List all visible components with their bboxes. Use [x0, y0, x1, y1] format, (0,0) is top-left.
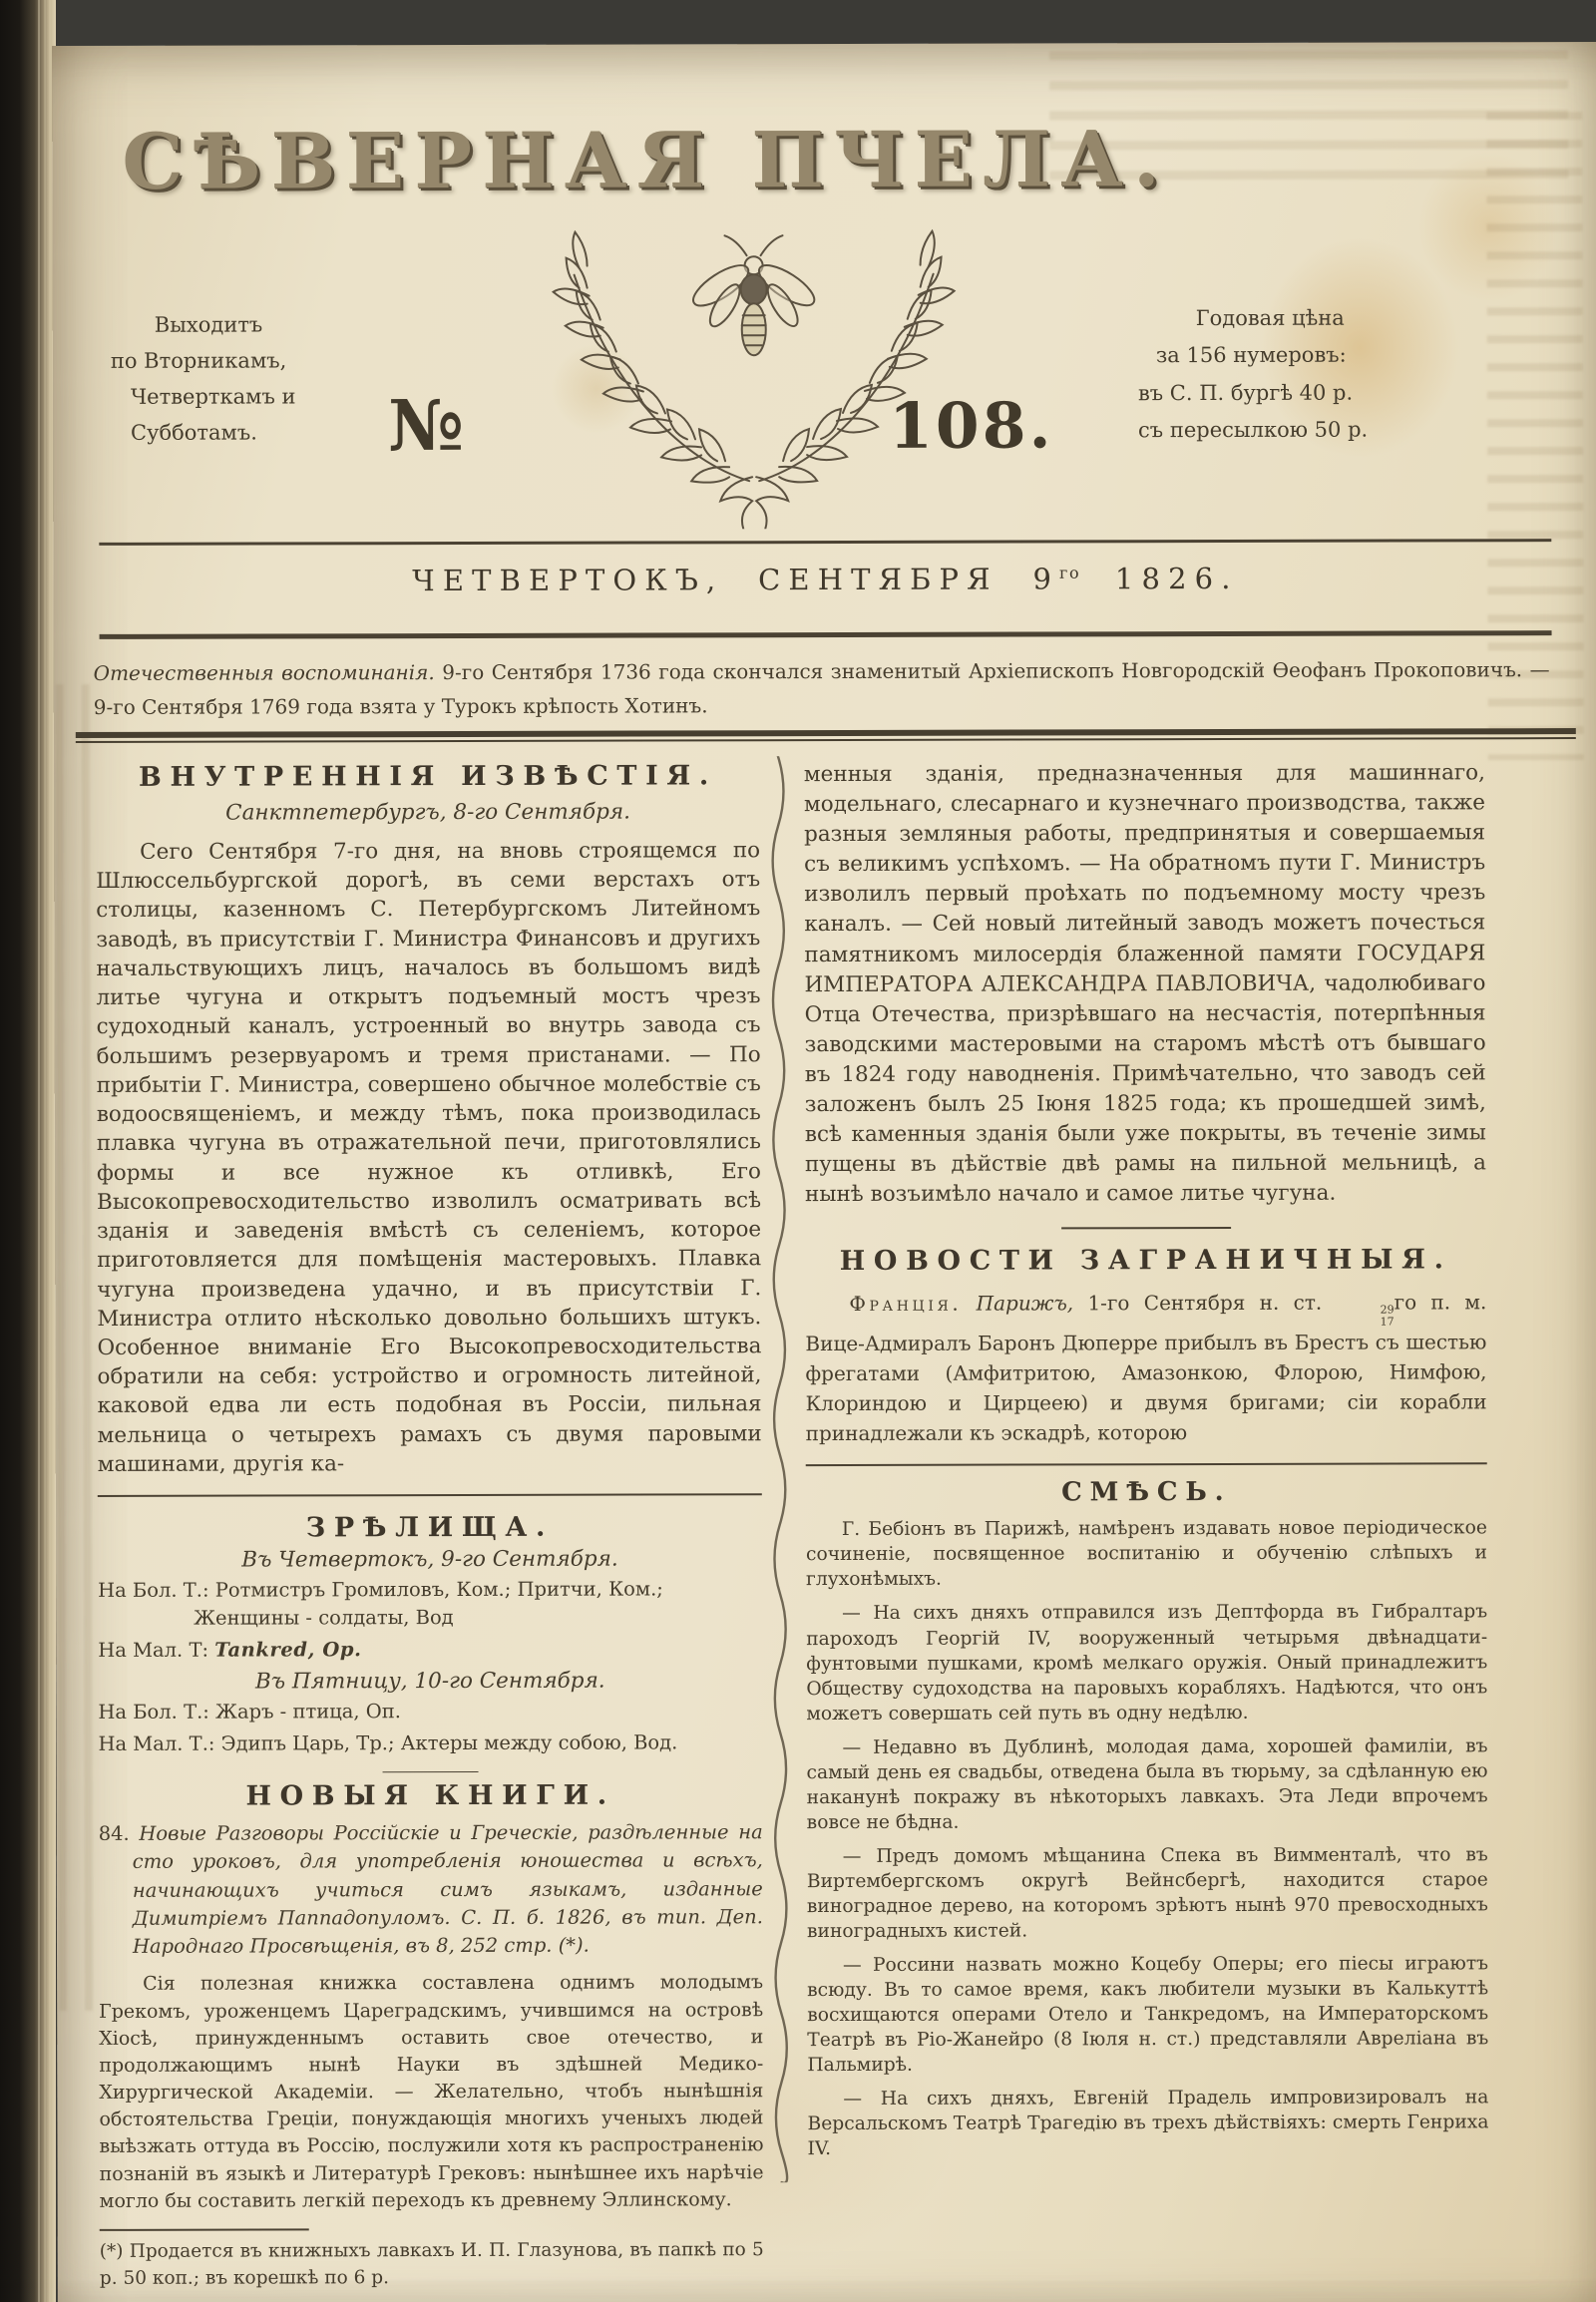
- miscellany-paragraph: Г. Бебіонъ въ Парижѣ, намѣренъ издавать …: [806, 1516, 1487, 1593]
- spectacles-day1: Въ Четвертокъ, 9-го Сентября.: [98, 1546, 762, 1573]
- internal-news-continuation: менныя зданія, предназначенныя для машин…: [804, 758, 1486, 1210]
- section-rule: [383, 1771, 479, 1773]
- right-column: менныя зданія, предназначенныя для машин…: [804, 758, 1489, 2161]
- newspaper-page: СѢВЕРНАЯ ПЧЕЛА. Выходитъ по Вторникамъ, …: [52, 42, 1596, 2302]
- issue-number-symbol: №: [388, 384, 464, 467]
- opera-title-blackletter: Tankred, Op.: [214, 1638, 361, 1661]
- spectacles-day2: Въ Пятницу, 10-го Сентября.: [98, 1668, 762, 1695]
- publication-schedule: Выходитъ по Вторникамъ, Четверткамъ и Су…: [111, 306, 380, 451]
- page-edge-line: [49, 0, 51, 2302]
- miscellany-paragraph: — Недавно въ Дублинѣ, молодая дама, хоро…: [806, 1733, 1487, 1835]
- wreath-left-branch: [553, 231, 749, 483]
- schedule-line: Субботамъ.: [111, 415, 380, 452]
- schedule-line: Четверткамъ и: [111, 378, 380, 415]
- miscellany-paragraph: — На сихъ дняхъ отправился изъ Дептфорда…: [806, 1600, 1487, 1726]
- fraction-denominator: 17: [1337, 1316, 1395, 1328]
- page-edge-line: [44, 0, 46, 2302]
- internal-news-paragraph: Сего Сентября 7-го дня, на вновь строяще…: [96, 836, 762, 1479]
- spectacles-heading: ЗРѢЛИЩА.: [98, 1511, 762, 1544]
- left-column: ВНУТРЕННІЯ ИЗВѢСТІЯ. Санктпетербургъ, 8-…: [96, 760, 764, 2292]
- dateline-ordinal: го: [1059, 564, 1080, 582]
- paper-stain: [1418, 152, 1558, 301]
- wreath-right-branch: [758, 231, 955, 483]
- schedule-line: Выходитъ: [111, 306, 380, 343]
- schedule-line: по Вторникамъ,: [111, 342, 380, 379]
- bee-wreath-emblem: [519, 190, 989, 530]
- issue-dateline: ЧЕТВЕРТОКЪ, СЕНТЯБРЯ 9го 1826.: [53, 561, 1596, 598]
- miscellany-paragraph: — На сихъ дняхъ, Евгеній Прадель импрови…: [807, 2086, 1488, 2162]
- bee-icon: [687, 235, 820, 355]
- heavy-double-rule: [76, 728, 1576, 743]
- ribbon-bow: [720, 477, 788, 529]
- horizontal-rule: [99, 539, 1551, 546]
- repertoire-line: На Мал. Т.: Эдипъ Царь, Тр.; Актеры межд…: [98, 1728, 762, 1757]
- horizontal-rule: [100, 630, 1552, 639]
- dateline-text: ЧЕТВЕРТОКЪ, СЕНТЯБРЯ 9: [412, 562, 1059, 597]
- city-label: Парижъ,: [962, 1292, 1073, 1316]
- miscellany-heading: СМѢСЬ.: [806, 1477, 1487, 1509]
- internal-news-dateline: Санктпетербургъ, 8-го Сентября.: [96, 799, 760, 826]
- footnote-text: (*) Продается въ книжныхъ лавкахъ И. П. …: [100, 2237, 764, 2292]
- section-rule: [806, 1463, 1487, 1467]
- footnote-rule: [100, 2228, 309, 2231]
- theater-label: На Мал. Т:: [98, 1638, 214, 1661]
- foreign-news-paragraph: Франція. Парижъ, 1-го Сентября н. ст. 29…: [805, 1288, 1486, 1449]
- book-binding: [0, 0, 56, 2302]
- memorial-note: Отечественныя воспоминанія. 9-го Сентябр…: [88, 652, 1556, 724]
- miscellany-paragraph: — Россини назвать можно Коцебу Оперы; ег…: [807, 1951, 1488, 2078]
- repertoire-line: На Мал. Т: Tankred, Op.: [98, 1635, 762, 1664]
- miscellany-paragraph: — Предъ домомъ мѣщанина Спека въ Виммент…: [807, 1842, 1488, 1944]
- date-fraction: 2917: [1337, 1305, 1395, 1328]
- section-rule: [98, 1493, 762, 1497]
- price-line: въ С. П. бургѣ 40 р.: [1138, 374, 1467, 412]
- country-label: Франція.: [849, 1292, 962, 1316]
- new-books-heading: НОВЫЯ КНИГИ.: [99, 1779, 763, 1812]
- foreign-news-heading: НОВОСТИ ЗАГРАНИЧНЫЯ.: [805, 1245, 1486, 1278]
- page-edge-line: [38, 0, 40, 2302]
- book-entry: 84. Новые Разговоры Россійскіе и Греческ…: [99, 1818, 763, 1961]
- repertoire-line: На Бол. Т.: Жаръ - птица, Оп.: [98, 1697, 762, 1726]
- book-entry-text: Новые Разговоры Россійскіе и Греческіе, …: [130, 1820, 763, 1958]
- price-line: Годовая цѣна: [1138, 299, 1467, 337]
- price-line: съ пересылкою 50 р.: [1138, 411, 1467, 449]
- subscription-price: Годовая цѣна за 156 нумеровъ: въ С. П. б…: [1138, 299, 1467, 449]
- book-entry-number: 84.: [99, 1822, 130, 1845]
- newspaper-scan: СѢВЕРНАЯ ПЧЕЛА. Выходитъ по Вторникамъ, …: [0, 0, 1596, 2302]
- repertoire-line: На Бол. Т.: Ротмистръ Громиловъ, Ком.; П…: [98, 1575, 762, 1632]
- price-line: за 156 нумеровъ:: [1138, 337, 1467, 375]
- internal-news-heading: ВНУТРЕННІЯ ИЗВѢСТІЯ.: [96, 760, 760, 793]
- book-review-paragraph: Сія полезная книжка составлена однимъ мо…: [99, 1970, 764, 2215]
- foreign-news-text: 1-го Сентября н. ст.: [1073, 1291, 1336, 1316]
- section-rule: [1061, 1227, 1231, 1229]
- dateline-year: 1826.: [1080, 562, 1238, 595]
- memorial-lead: Отечественныя воспоминанія.: [94, 660, 435, 685]
